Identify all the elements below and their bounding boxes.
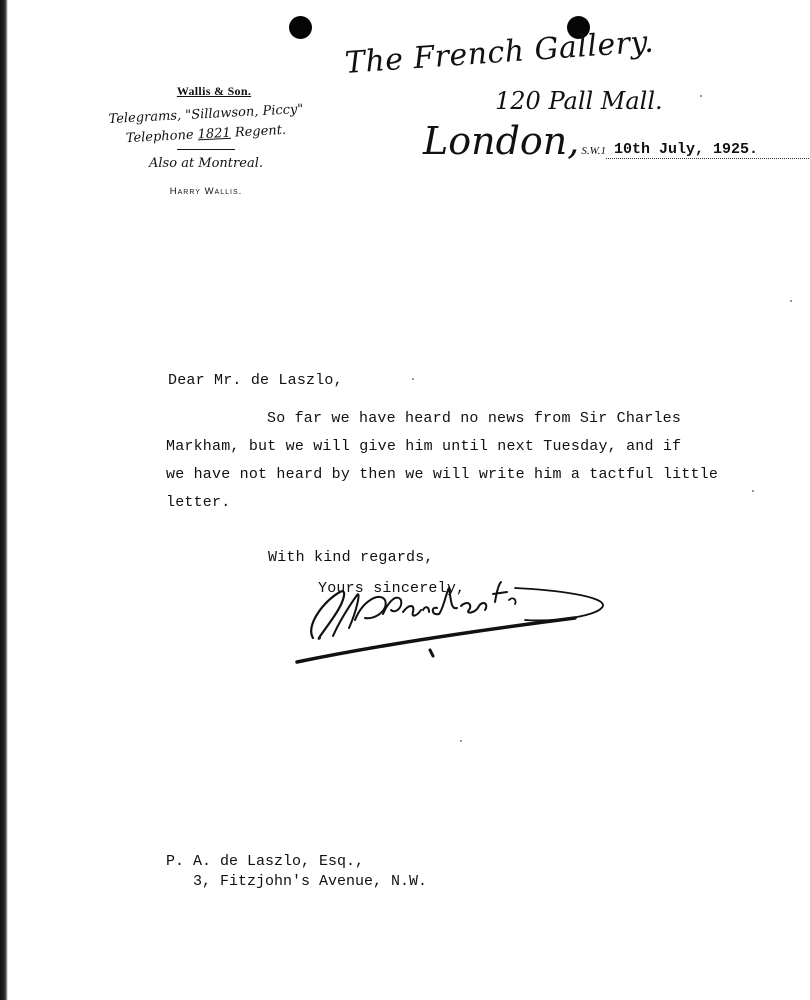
body-line: So far we have heard no news from Sir Ch… <box>166 405 786 433</box>
also-at-line: Also at Montreal. <box>96 154 316 174</box>
gallery-street: 120 Pall Mall. <box>495 87 765 115</box>
scan-speck <box>460 740 462 742</box>
body-line: we have not heard by then we will write … <box>166 461 786 489</box>
dateline: London,S.W.110th July, 1925. <box>423 119 765 165</box>
firm-name: Wallis & Son. <box>112 84 316 99</box>
city: London, <box>423 119 579 163</box>
letter-body: So far we have heard no news from Sir Ch… <box>166 405 786 517</box>
letterhead-left: Wallis & Son. Telegrams, "Sillawson, Pic… <box>96 84 316 197</box>
gallery-name: The French Gallery. <box>344 17 765 81</box>
punch-hole-left <box>289 16 312 39</box>
proprietor-name: Harry Wallis. <box>96 186 316 197</box>
body-line: letter. <box>166 489 786 517</box>
scan-speck <box>790 300 792 302</box>
letter-date: 10th July, 1925. <box>606 141 810 159</box>
scan-speck <box>752 490 754 492</box>
salutation: Dear Mr. de Laszlo, <box>168 367 343 395</box>
postal-district: S.W.1 <box>581 145 606 157</box>
recipient-street: 3, Fitzjohn's Avenue, N.W. <box>166 872 427 892</box>
letterhead-rule <box>177 149 235 150</box>
scan-border <box>0 0 8 1000</box>
telephone-number: 1821 <box>197 126 231 143</box>
closing: With kind regards, <box>268 544 434 572</box>
body-line: Markham, but we will give him until next… <box>166 433 786 461</box>
letterhead-right: The French Gallery. 120 Pall Mall. Londo… <box>345 46 765 165</box>
recipient-address: P. A. de Laszlo, Esq., 3, Fitzjohn's Ave… <box>166 852 427 892</box>
recipient-name: P. A. de Laszlo, Esq., <box>166 852 427 872</box>
scan-speck <box>700 95 702 97</box>
scan-speck <box>412 378 414 380</box>
telephone-prefix: Telephone <box>125 128 193 147</box>
telephone-exchange: Regent. <box>235 123 287 141</box>
signature <box>285 570 615 680</box>
